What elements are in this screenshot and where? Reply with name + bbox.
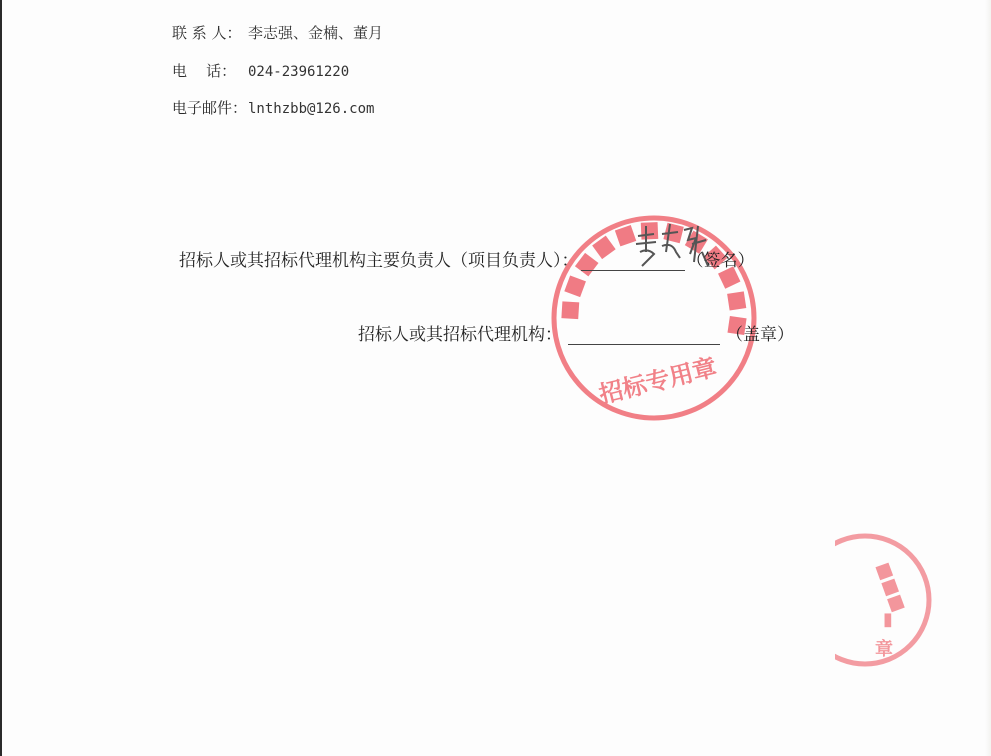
email-line: 电子邮件：lnthzbb@126.com bbox=[172, 97, 374, 118]
svg-text:招标专用章: 招标专用章 bbox=[596, 353, 719, 409]
agency-stamp-field[interactable] bbox=[568, 324, 720, 345]
email-label: 电子邮件： bbox=[172, 97, 248, 118]
phone-line: 电 话：024-23961220 bbox=[172, 60, 349, 81]
partial-seal-stamp: ■■■ ▮ 章 bbox=[835, 505, 991, 695]
leader-signature-field[interactable] bbox=[581, 250, 685, 271]
email-value: lnthzbb@126.com bbox=[248, 101, 374, 117]
page-left-border bbox=[0, 0, 2, 756]
contact-person-line: 联 系 人：李志强、金楠、董月 bbox=[172, 22, 383, 43]
svg-text:章: 章 bbox=[875, 638, 893, 660]
leader-signature-label: 招标人或其招标代理机构主要负责人（项目负责人）： bbox=[179, 251, 579, 271]
phone-value: 024-23961220 bbox=[248, 64, 349, 80]
agency-stamp-suffix: （盖章） bbox=[726, 325, 794, 345]
leader-signature-suffix: （签名） bbox=[687, 251, 755, 271]
page-right-edge bbox=[985, 0, 991, 756]
contact-person-label: 联 系 人： bbox=[172, 22, 248, 43]
leader-signature-line: 招标人或其招标代理机构主要负责人（项目负责人）：（签名） bbox=[179, 246, 755, 271]
phone-label: 电 话： bbox=[172, 60, 248, 81]
svg-text:■■■: ■■■ bbox=[872, 560, 909, 615]
svg-text:▮: ▮ bbox=[883, 609, 893, 630]
contact-person-value: 李志强、金楠、董月 bbox=[248, 24, 383, 42]
agency-stamp-line: 招标人或其招标代理机构：（盖章） bbox=[358, 320, 794, 345]
agency-stamp-label: 招标人或其招标代理机构： bbox=[358, 325, 562, 345]
